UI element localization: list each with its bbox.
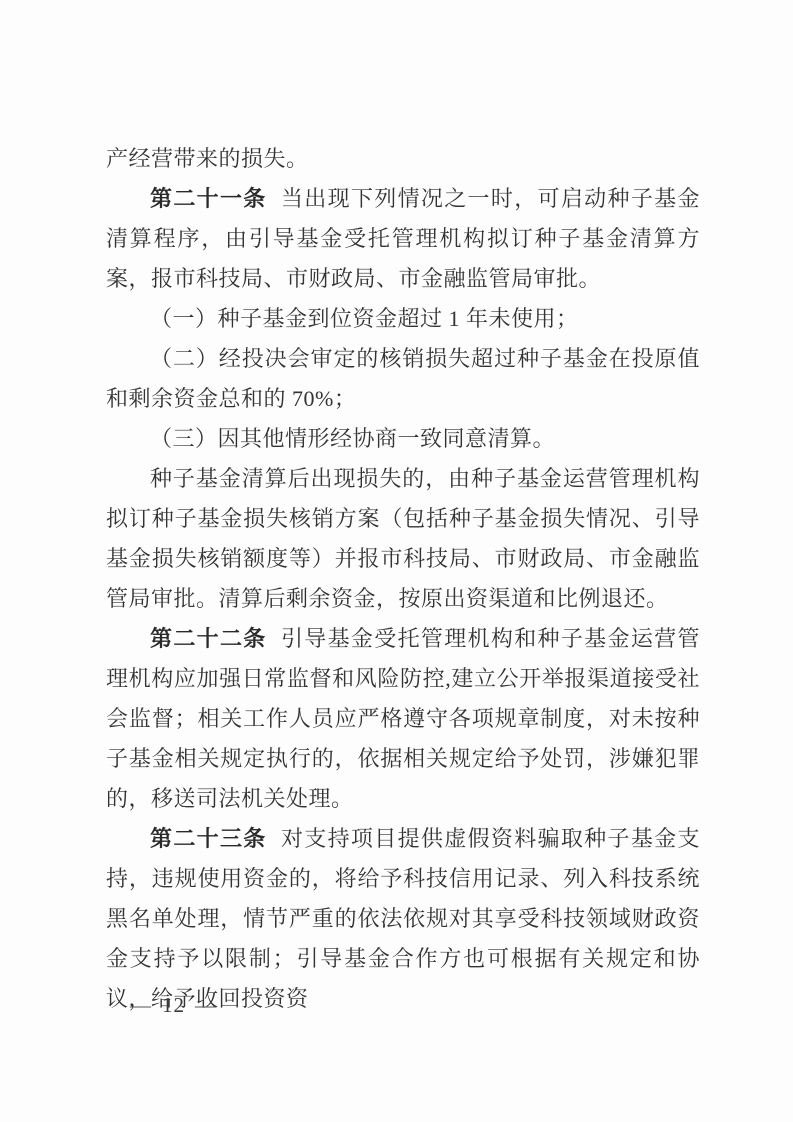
article-number: 第二十二条 [150, 626, 267, 651]
paragraph-text: 对支持项目提供虚假资料骗取种子基金支持，违规使用资金的，将给予科技信用记录、列入… [106, 826, 700, 1011]
paragraph-item-2: （二）经投决会审定的核销损失超过种子基金在投原值和剩余资金总和的 70%； [106, 339, 700, 419]
footer-dash-right: — [195, 993, 217, 1017]
article-number: 第二十三条 [150, 826, 267, 851]
paragraph-text: 引导基金受托管理机构和种子基金运营管理机构应加强日常监督和风险防控,建立公开举报… [106, 626, 700, 811]
paragraph-text: （一）种子基金到位资金超过 1 年未使用； [150, 306, 579, 331]
paragraph-item-3: （三）因其他情形经协商一致同意清算。 [106, 419, 700, 459]
paragraph-text: （三）因其他情形经协商一致同意清算。 [150, 426, 555, 451]
page-footer: —12— [130, 993, 217, 1017]
footer-dash-left: — [130, 993, 152, 1017]
document-page: 产经营带来的损失。 第二十一条当出现下列情况之一时，可启动种子基金清算程序，由引… [0, 0, 793, 1122]
paragraph-liquidation-loss: 种子基金清算后出现损失的，由种子基金运营管理机构拟订种子基金损失核销方案（包括种… [106, 459, 700, 619]
paragraph-article-23: 第二十三条对支持项目提供虚假资料骗取种子基金支持，违规使用资金的，将给予科技信用… [106, 819, 700, 1019]
page-number: 12 [162, 993, 185, 1017]
paragraph-text: （二）经投决会审定的核销损失超过种子基金在投原值和剩余资金总和的 70%； [106, 346, 700, 411]
paragraph-article-22: 第二十二条引导基金受托管理机构和种子基金运营管理机构应加强日常监督和风险防控,建… [106, 619, 700, 819]
paragraph-text: 种子基金清算后出现损失的，由种子基金运营管理机构拟订种子基金损失核销方案（包括种… [106, 466, 700, 611]
paragraph-continuation: 产经营带来的损失。 [106, 139, 700, 179]
paragraph-text: 产经营带来的损失。 [106, 146, 309, 171]
paragraph-item-1: （一）种子基金到位资金超过 1 年未使用； [106, 299, 700, 339]
article-number: 第二十一条 [150, 186, 267, 211]
document-body: 产经营带来的损失。 第二十一条当出现下列情况之一时，可启动种子基金清算程序，由引… [106, 139, 700, 1019]
paragraph-article-21: 第二十一条当出现下列情况之一时，可启动种子基金清算程序，由引导基金受托管理机构拟… [106, 179, 700, 299]
